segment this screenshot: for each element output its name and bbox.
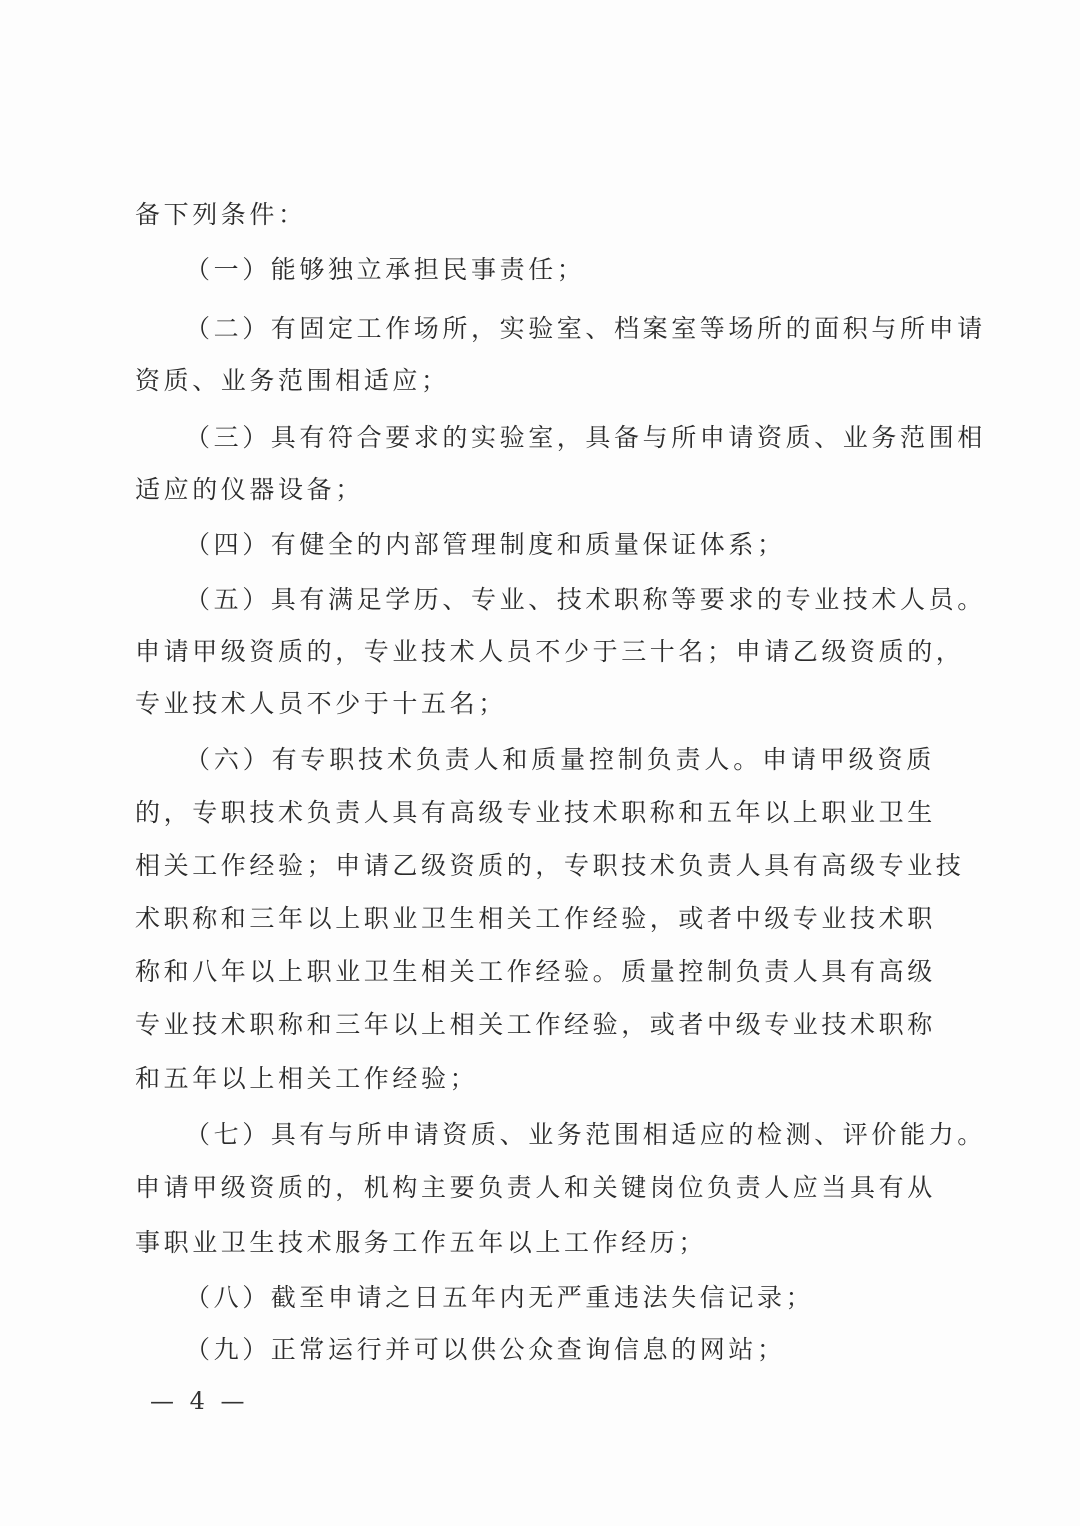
clause-7-line-3: 事职业卫生技术服务工作五年以上工作经历； [135, 1226, 935, 1260]
text-line-intro: 备下列条件： [135, 198, 935, 232]
document-page: 备下列条件： （一）能够独立承担民事责任； （二）有固定工作场所，实验室、档案室… [0, 0, 1080, 1526]
clause-5-line-1: （五）具有满足学历、专业、技术职称等要求的专业技术人员。 [185, 583, 935, 617]
clause-2-line-1: （二）有固定工作场所，实验室、档案室等场所的面积与所申请 [185, 312, 935, 346]
clause-6-line-1: （六）有专职技术负责人和质量控制负责人。申请甲级资质 [185, 743, 935, 777]
clause-6-line-6: 专业技术职称和三年以上相关工作经验，或者中级专业技术职称 [135, 1008, 935, 1042]
page-number: — 4 — [150, 1384, 249, 1418]
clause-4: （四）有健全的内部管理制度和质量保证体系； [185, 528, 935, 562]
clause-6-line-7: 和五年以上相关工作经验； [135, 1062, 935, 1096]
clause-6-line-2: 的，专职技术负责人具有高级专业技术职称和五年以上职业卫生 [135, 796, 935, 830]
clause-6-line-5: 称和八年以上职业卫生相关工作经验。质量控制负责人具有高级 [135, 955, 935, 989]
clause-7-line-2: 申请甲级资质的，机构主要负责人和关键岗位负责人应当具有从 [135, 1171, 935, 1205]
clause-3-line-1: （三）具有符合要求的实验室，具备与所申请资质、业务范围相 [185, 421, 935, 455]
clause-5-line-3: 专业技术人员不少于十五名； [135, 687, 935, 721]
clause-6-line-3: 相关工作经验；申请乙级资质的，专职技术负责人具有高级专业技 [135, 849, 935, 883]
clause-3-line-2: 适应的仪器设备； [135, 473, 935, 507]
clause-2-line-2: 资质、业务范围相适应； [135, 364, 935, 398]
clause-7-line-1: （七）具有与所申请资质、业务范围相适应的检测、评价能力。 [185, 1118, 935, 1152]
clause-5-line-2: 申请甲级资质的，专业技术人员不少于三十名；申请乙级资质的， [135, 635, 935, 669]
clause-8: （八）截至申请之日五年内无严重违法失信记录； [185, 1281, 935, 1315]
clause-9: （九）正常运行并可以供公众查询信息的网站； [185, 1333, 935, 1367]
clause-6-line-4: 术职称和三年以上职业卫生相关工作经验，或者中级专业技术职 [135, 902, 935, 936]
clause-1: （一）能够独立承担民事责任； [185, 253, 935, 287]
